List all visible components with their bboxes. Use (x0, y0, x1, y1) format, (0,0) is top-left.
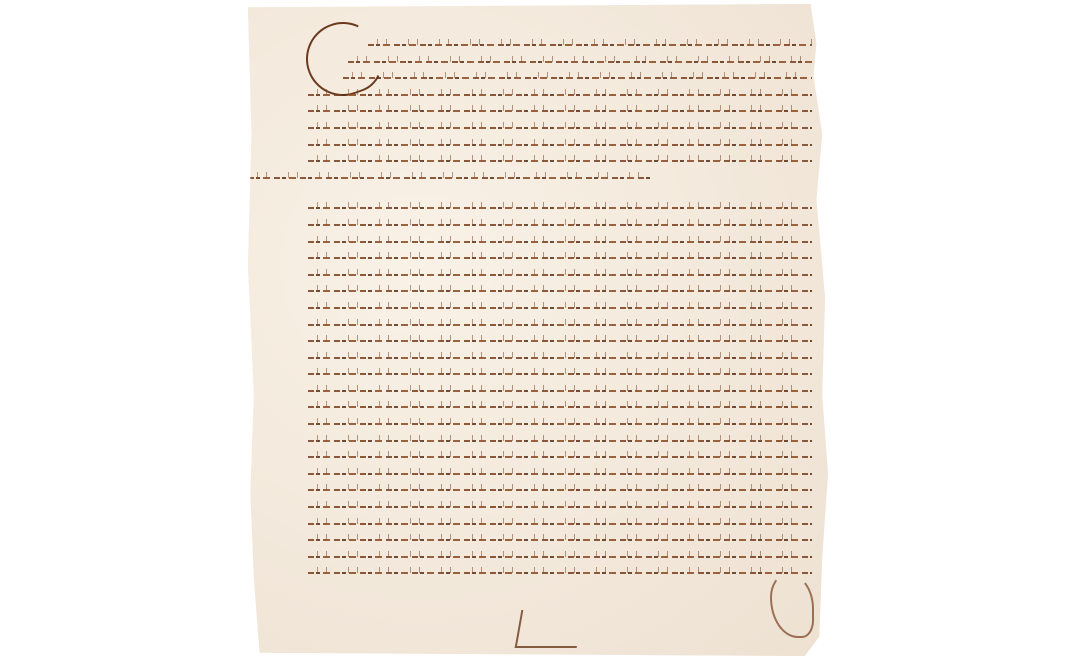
text-line (308, 207, 812, 209)
text-line (308, 357, 812, 359)
text-line (308, 110, 812, 112)
text-line (308, 489, 812, 491)
text-line (368, 44, 812, 46)
text-line (308, 290, 812, 292)
text-line (308, 373, 812, 375)
text-line (308, 224, 812, 226)
text-line (308, 94, 812, 96)
text-line (308, 572, 812, 574)
text-line (248, 177, 651, 179)
text-line (308, 241, 812, 243)
text-line (308, 556, 812, 558)
text-line (308, 340, 812, 342)
text-line (308, 506, 812, 508)
text-line (308, 307, 812, 309)
text-line (308, 523, 812, 525)
text-line (308, 160, 812, 162)
text-line (308, 440, 812, 442)
text-line (308, 390, 812, 392)
text-line (308, 144, 812, 146)
text-line (308, 274, 812, 276)
manuscript-page: Historic handwritten manuscript in brown… (248, 4, 828, 656)
text-line (308, 406, 812, 408)
text-line (308, 423, 812, 425)
text-line (308, 456, 812, 458)
text-line (308, 473, 812, 475)
text-line (308, 539, 812, 541)
text-line (343, 77, 812, 79)
text-line (308, 127, 812, 129)
text-line (308, 257, 812, 259)
signature-mark (515, 610, 584, 648)
text-line (308, 324, 812, 326)
text-line (348, 61, 812, 63)
handwritten-text (308, 44, 812, 616)
